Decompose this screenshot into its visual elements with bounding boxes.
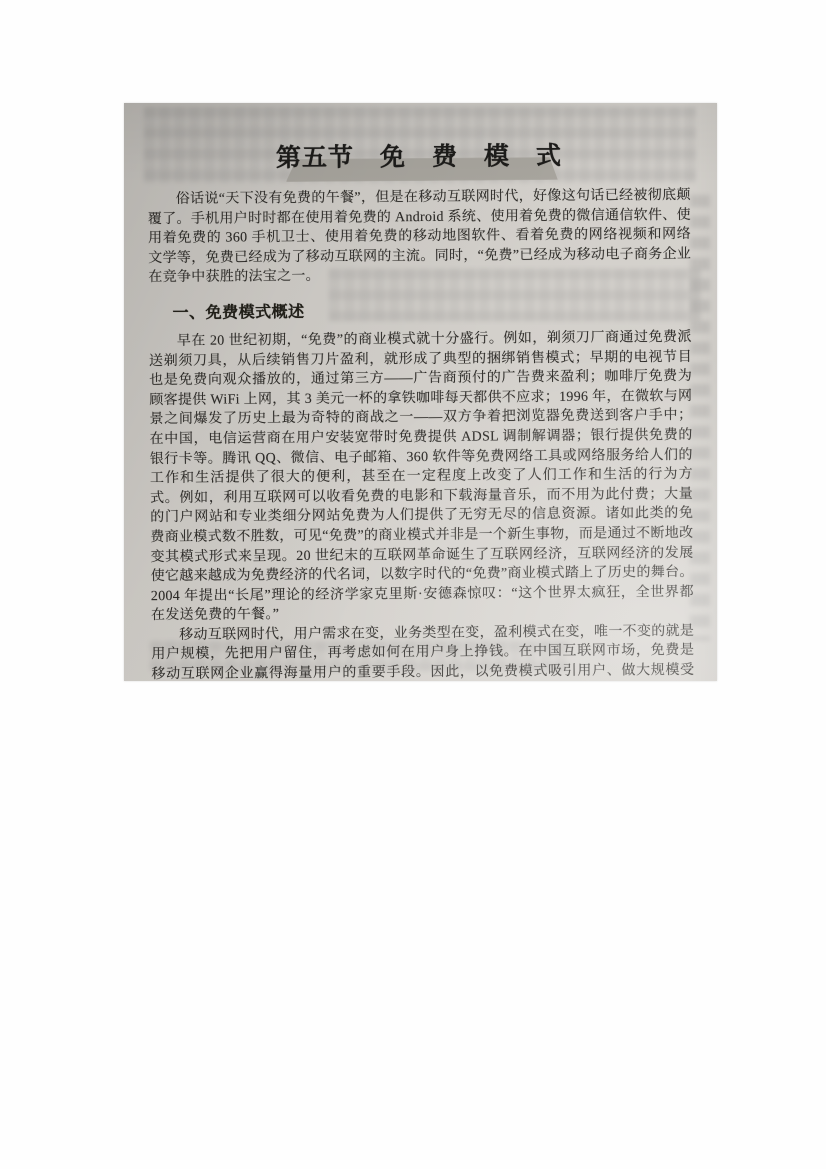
- body-paragraph-2: 移动互联网时代，用户需求在变，业务类型在变，盈利模式在变，唯一不变的就是用户规模…: [151, 622, 695, 681]
- section-title-block: 第五节 免 费 模 式: [147, 135, 690, 185]
- body-paragraph-1: 早在 20 世纪初期，“免费”的商业模式就十分盛行。例如，剃须刀厂商通过免费派送…: [149, 328, 694, 626]
- subsection-heading: 一、免费模式概述: [173, 296, 692, 323]
- page-content: 第五节 免 费 模 式 俗话说“天下没有免费的午餐”，但是在移动互联网时代，好像…: [124, 103, 717, 681]
- book-page-photo: 第五节 免 费 模 式 俗话说“天下没有免费的午餐”，但是在移动互联网时代，好像…: [124, 103, 717, 681]
- section-title: 第五节 免 费 模 式: [147, 135, 690, 175]
- intro-paragraph: 俗话说“天下没有免费的午餐”，但是在移动互联网时代，好像这句话已经被彻底颠覆了。…: [148, 186, 692, 288]
